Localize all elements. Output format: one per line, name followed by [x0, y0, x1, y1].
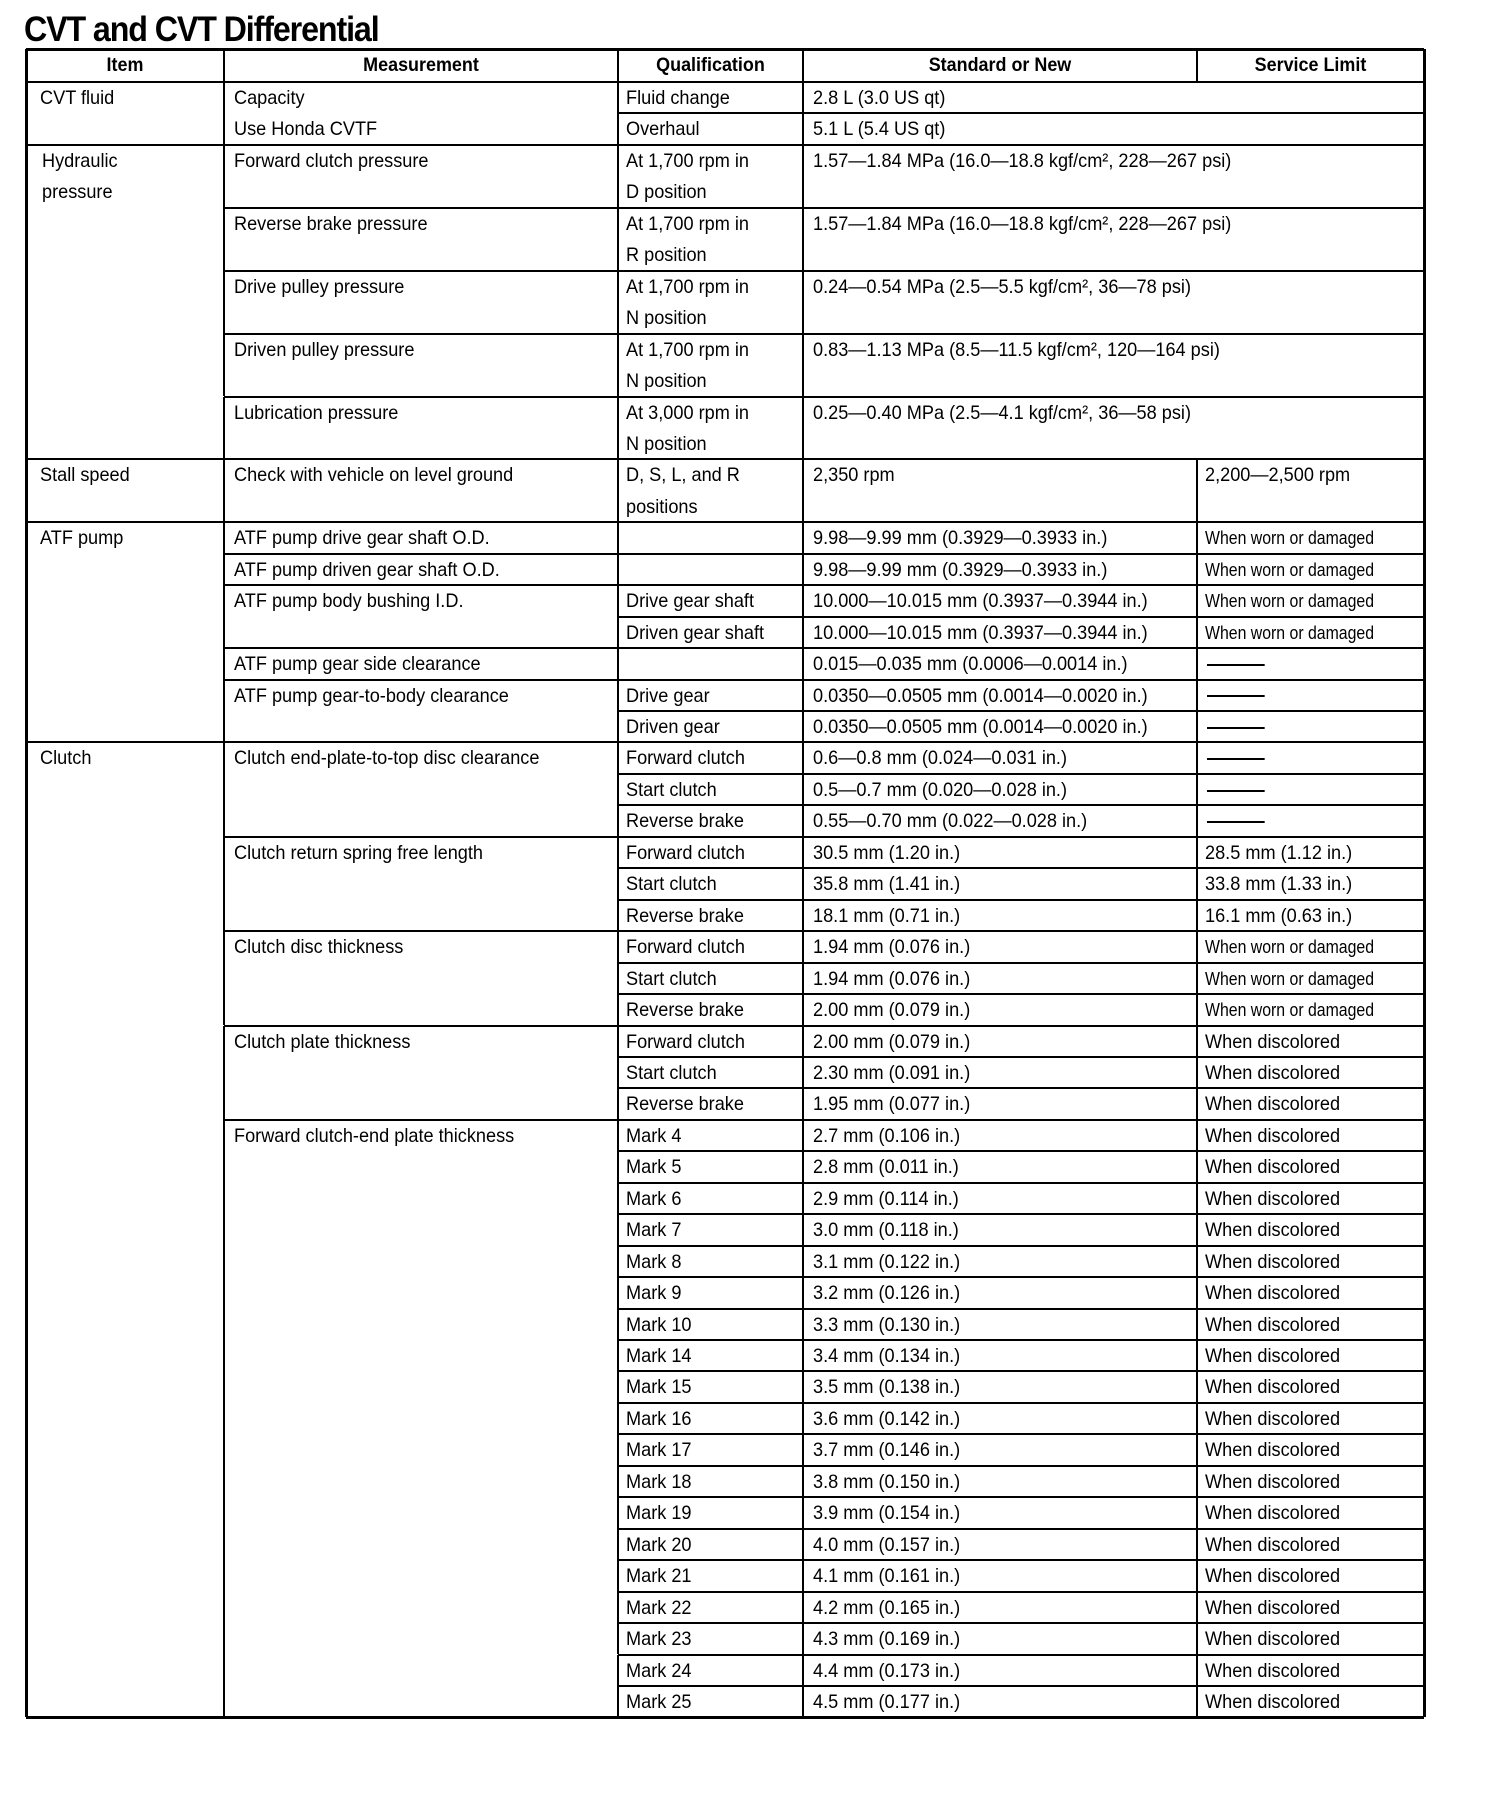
- column-divider: [617, 1026, 619, 1057]
- column-divider: [802, 1120, 804, 1151]
- standard-value: 0.0350—0.0505 mm (0.0014—0.0020 in.): [813, 681, 1148, 713]
- standard-value: 4.0 mm (0.157 in.): [813, 1530, 960, 1562]
- column-divider: [1196, 1371, 1198, 1402]
- service-limit: When worn or damaged: [1205, 523, 1374, 555]
- column-divider: [802, 208, 804, 271]
- qualification: Mark 22: [626, 1593, 692, 1625]
- service-limit: When discolored: [1205, 1027, 1340, 1059]
- column-divider: [802, 900, 804, 931]
- measurement-label: Capacity: [234, 83, 305, 115]
- service-limit: When discolored: [1205, 1310, 1340, 1342]
- service-limit: When discolored: [1205, 1372, 1340, 1404]
- service-limit: When discolored: [1205, 1341, 1340, 1373]
- service-limit: When worn or damaged: [1205, 555, 1374, 587]
- column-divider: [617, 868, 619, 899]
- column-divider: [617, 994, 619, 1025]
- column-divider: [802, 868, 804, 899]
- column-divider: [223, 1026, 225, 1120]
- column-divider: [802, 680, 804, 711]
- standard-value: 2.9 mm (0.114 in.): [813, 1184, 959, 1216]
- column-divider: [1196, 617, 1198, 648]
- column-divider: [802, 82, 804, 113]
- column-divider: [617, 617, 619, 648]
- measurement-label: Clutch end-plate-to-top disc clearance: [234, 743, 539, 775]
- item-label: Clutch: [40, 743, 91, 775]
- measurement-label: Clutch disc thickness: [234, 932, 403, 964]
- column-divider: [617, 1246, 619, 1277]
- column-divider: [802, 1655, 804, 1686]
- column-divider: [617, 522, 619, 553]
- column-divider: [1423, 49, 1426, 82]
- column-divider: [617, 397, 619, 460]
- row-divider: [26, 48, 1424, 51]
- column-divider: [802, 397, 804, 460]
- measurement-label: Clutch return spring free length: [234, 838, 483, 870]
- standard-value: 9.98—9.99 mm (0.3929—0.3933 in.): [813, 523, 1107, 555]
- row-divider: [26, 1716, 1424, 1719]
- column-divider: [802, 1371, 804, 1402]
- column-divider: [223, 49, 225, 82]
- column-divider: [1196, 1088, 1198, 1119]
- qualification: Mark 23: [626, 1624, 692, 1656]
- qualification: Forward clutch: [626, 838, 745, 870]
- column-divider: [1196, 459, 1198, 522]
- qualification: Mark 6: [626, 1184, 681, 1216]
- column-divider: [802, 271, 804, 334]
- measurement-label: Check with vehicle on level ground: [234, 460, 513, 492]
- column-divider: [25, 49, 28, 82]
- item-label: Hydraulic: [42, 146, 118, 178]
- standard-value: 3.2 mm (0.126 in.): [813, 1278, 960, 1310]
- item-label: Stall speed: [40, 460, 130, 492]
- column-divider: [223, 145, 225, 208]
- column-divider: [617, 1057, 619, 1088]
- service-limit: 33.8 mm (1.33 in.): [1205, 869, 1352, 901]
- column-divider: [617, 82, 619, 113]
- column-divider: [1196, 1120, 1198, 1151]
- qualification: Mark 18: [626, 1467, 692, 1499]
- column-divider: [802, 1057, 804, 1088]
- service-limit: When worn or damaged: [1205, 964, 1374, 996]
- column-divider: [802, 963, 804, 994]
- measurement-label: Drive pulley pressure: [234, 272, 404, 304]
- no-limit-dash: [1207, 681, 1265, 713]
- standard-value: 1.94 mm (0.076 in.): [813, 932, 970, 964]
- column-divider: [1196, 742, 1198, 773]
- column-divider: [802, 1686, 804, 1717]
- standard-value: 2,350 rpm: [813, 460, 895, 492]
- column-divider: [617, 145, 619, 208]
- column-divider: [1196, 680, 1198, 711]
- service-limit: When discolored: [1205, 1435, 1340, 1467]
- column-divider: [802, 1183, 804, 1214]
- service-limit: 16.1 mm (0.63 in.): [1205, 901, 1352, 933]
- service-limit: 2,200—2,500 rpm: [1205, 460, 1350, 492]
- qualification: Start clutch: [626, 869, 717, 901]
- standard-value: 3.9 mm (0.154 in.): [813, 1498, 960, 1530]
- spec-table: ItemMeasurementQualificationStandard or …: [0, 0, 1504, 1812]
- service-limit: 28.5 mm (1.12 in.): [1205, 838, 1352, 870]
- column-divider: [25, 742, 28, 1717]
- standard-value: 9.98—9.99 mm (0.3929—0.3933 in.): [813, 555, 1107, 587]
- measurement-label: Forward clutch-end plate thickness: [234, 1121, 514, 1153]
- column-divider: [1196, 1183, 1198, 1214]
- column-header-service-limit: Service Limit: [1206, 49, 1415, 81]
- service-limit: When worn or damaged: [1205, 618, 1374, 650]
- standard-value: 0.83—1.13 MPa (8.5—11.5 kgf/cm², 120—164…: [813, 335, 1220, 367]
- column-divider: [1196, 1309, 1198, 1340]
- column-divider: [802, 1309, 804, 1340]
- service-limit: When discolored: [1205, 1152, 1340, 1184]
- standard-value: 5.1 L (5.4 US qt): [813, 114, 945, 146]
- column-divider: [802, 837, 804, 868]
- column-divider: [617, 1214, 619, 1245]
- qualification: Reverse brake: [626, 901, 744, 933]
- column-divider: [223, 1120, 225, 1718]
- qualification: Mark 20: [626, 1530, 692, 1562]
- column-divider: [617, 1686, 619, 1717]
- measurement-label: Forward clutch pressure: [234, 146, 429, 178]
- column-divider: [617, 1403, 619, 1434]
- qualification-line2: N position: [626, 429, 707, 461]
- service-limit: When discolored: [1205, 1089, 1340, 1121]
- qualification: Driven gear: [626, 712, 720, 744]
- measurement-label: Lubrication pressure: [234, 398, 398, 430]
- standard-value: 2.8 L (3.0 US qt): [813, 83, 945, 115]
- qualification-line2: D position: [626, 177, 707, 209]
- qualification: Mark 17: [626, 1435, 692, 1467]
- column-divider: [223, 397, 225, 460]
- measurement-label: Reverse brake pressure: [234, 209, 428, 241]
- column-divider: [802, 1434, 804, 1465]
- column-divider: [1196, 1246, 1198, 1277]
- column-divider: [617, 1371, 619, 1402]
- qualification: Forward clutch: [626, 932, 745, 964]
- standard-value: 1.94 mm (0.076 in.): [813, 964, 970, 996]
- column-divider: [617, 900, 619, 931]
- standard-value: 0.55—0.70 mm (0.022—0.028 in.): [813, 806, 1087, 838]
- column-divider: [802, 1529, 804, 1560]
- column-divider: [617, 837, 619, 868]
- column-divider: [1423, 742, 1426, 1717]
- column-divider: [25, 82, 28, 145]
- column-divider: [617, 805, 619, 836]
- standard-value: 2.00 mm (0.079 in.): [813, 1027, 970, 1059]
- column-divider: [802, 145, 804, 208]
- measurement-label: ATF pump drive gear shaft O.D.: [234, 523, 490, 555]
- qualification: Start clutch: [626, 964, 717, 996]
- column-divider: [1196, 1592, 1198, 1623]
- standard-value: 3.5 mm (0.138 in.): [813, 1372, 960, 1404]
- column-divider: [223, 680, 225, 743]
- column-divider: [1423, 522, 1426, 742]
- standard-value: 3.6 mm (0.142 in.): [813, 1404, 960, 1436]
- service-limit: When discolored: [1205, 1624, 1340, 1656]
- measurement-label-line2: Use Honda CVTF: [234, 114, 377, 146]
- column-divider: [802, 522, 804, 553]
- column-divider: [802, 1560, 804, 1591]
- column-divider: [1196, 900, 1198, 931]
- service-limit: When worn or damaged: [1205, 995, 1374, 1027]
- column-divider: [1196, 1151, 1198, 1182]
- column-divider: [617, 1340, 619, 1371]
- column-divider: [802, 1340, 804, 1371]
- column-divider: [1196, 1623, 1198, 1654]
- qualification: Overhaul: [626, 114, 700, 146]
- column-header-standard-or-new: Standard or New: [819, 49, 1181, 81]
- column-divider: [802, 459, 804, 522]
- qualification: Mark 10: [626, 1310, 692, 1342]
- item-label-line2: pressure: [42, 177, 113, 209]
- column-divider: [617, 1560, 619, 1591]
- column-header-item: Item: [34, 49, 216, 81]
- standard-value: 1.57—1.84 MPa (16.0—18.8 kgf/cm², 228—26…: [813, 209, 1231, 241]
- column-divider: [802, 1497, 804, 1528]
- no-limit-dash: [1207, 743, 1265, 775]
- qualification: At 1,700 rpm in: [626, 146, 749, 178]
- qualification: At 3,000 rpm in: [626, 398, 749, 430]
- column-header-qualification: Qualification: [625, 49, 795, 81]
- column-divider: [1196, 49, 1198, 82]
- column-divider: [1423, 459, 1426, 522]
- qualification: Mark 9: [626, 1278, 681, 1310]
- measurement-label: Driven pulley pressure: [234, 335, 414, 367]
- column-divider: [617, 680, 619, 711]
- no-limit-dash: [1207, 649, 1265, 681]
- column-divider: [617, 459, 619, 522]
- column-divider: [1196, 1214, 1198, 1245]
- column-divider: [617, 113, 619, 144]
- standard-value: 0.24—0.54 MPa (2.5—5.5 kgf/cm², 36—78 ps…: [813, 272, 1191, 304]
- qualification: D, S, L, and R: [626, 460, 740, 492]
- qualification: Mark 25: [626, 1687, 692, 1719]
- column-divider: [617, 208, 619, 271]
- column-divider: [617, 1434, 619, 1465]
- column-divider: [802, 1403, 804, 1434]
- column-divider: [617, 1497, 619, 1528]
- column-divider: [1196, 994, 1198, 1025]
- column-divider: [617, 1277, 619, 1308]
- column-divider: [1196, 1529, 1198, 1560]
- column-divider: [617, 742, 619, 773]
- column-divider: [617, 1466, 619, 1497]
- service-limit: When discolored: [1205, 1278, 1340, 1310]
- column-divider: [802, 1088, 804, 1119]
- standard-value: 10.000—10.015 mm (0.3937—0.3944 in.): [813, 618, 1148, 650]
- qualification: At 1,700 rpm in: [626, 272, 749, 304]
- column-divider: [802, 113, 804, 144]
- column-divider: [1196, 554, 1198, 585]
- column-divider: [802, 1246, 804, 1277]
- column-divider: [617, 554, 619, 585]
- column-divider: [802, 1592, 804, 1623]
- column-divider: [802, 648, 804, 679]
- column-divider: [25, 459, 28, 522]
- column-divider: [617, 1309, 619, 1340]
- qualification: Mark 15: [626, 1372, 692, 1404]
- column-divider: [223, 208, 225, 271]
- column-divider: [1196, 805, 1198, 836]
- column-divider: [1196, 931, 1198, 962]
- qualification: Start clutch: [626, 775, 717, 807]
- qualification: Forward clutch: [626, 743, 745, 775]
- item-label: ATF pump: [40, 523, 123, 555]
- standard-value: 3.0 mm (0.118 in.): [813, 1215, 959, 1247]
- column-divider: [617, 1623, 619, 1654]
- column-divider: [802, 1214, 804, 1245]
- column-divider: [617, 334, 619, 397]
- standard-value: 3.7 mm (0.146 in.): [813, 1435, 960, 1467]
- no-limit-dash: [1207, 775, 1265, 807]
- column-divider: [802, 994, 804, 1025]
- standard-value: 0.5—0.7 mm (0.020—0.028 in.): [813, 775, 1067, 807]
- column-divider: [223, 585, 225, 648]
- standard-value: 2.8 mm (0.011 in.): [813, 1152, 959, 1184]
- column-divider: [802, 1623, 804, 1654]
- standard-value: 0.25—0.40 MPa (2.5—4.1 kgf/cm², 36—58 ps…: [813, 398, 1191, 430]
- service-limit: When discolored: [1205, 1404, 1340, 1436]
- column-divider: [617, 1183, 619, 1214]
- column-divider: [802, 1026, 804, 1057]
- column-divider: [1196, 1403, 1198, 1434]
- column-divider: [802, 49, 804, 82]
- column-divider: [25, 522, 28, 742]
- standard-value: 30.5 mm (1.20 in.): [813, 838, 960, 870]
- column-divider: [223, 459, 225, 522]
- column-divider: [617, 1120, 619, 1151]
- item-label: CVT fluid: [40, 83, 114, 115]
- column-divider: [1196, 1560, 1198, 1591]
- column-divider: [802, 711, 804, 742]
- qualification-line2: R position: [626, 240, 707, 272]
- column-divider: [617, 963, 619, 994]
- column-divider: [802, 805, 804, 836]
- column-divider: [1196, 837, 1198, 868]
- column-divider: [617, 1088, 619, 1119]
- column-divider: [802, 1466, 804, 1497]
- qualification: At 1,700 rpm in: [626, 209, 749, 241]
- column-divider: [1196, 648, 1198, 679]
- column-divider: [802, 617, 804, 648]
- column-divider: [223, 554, 225, 585]
- standard-value: 4.2 mm (0.165 in.): [813, 1593, 960, 1625]
- column-divider: [1196, 522, 1198, 553]
- measurement-label: Clutch plate thickness: [234, 1027, 410, 1059]
- standard-value: 35.8 mm (1.41 in.): [813, 869, 960, 901]
- qualification-line2: positions: [626, 492, 698, 524]
- column-divider: [1423, 145, 1426, 460]
- column-divider: [223, 931, 225, 1025]
- standard-value: 2.7 mm (0.106 in.): [813, 1121, 960, 1153]
- column-divider: [617, 1655, 619, 1686]
- column-divider: [1196, 1277, 1198, 1308]
- column-divider: [1196, 868, 1198, 899]
- column-divider: [802, 774, 804, 805]
- service-limit: When discolored: [1205, 1247, 1340, 1279]
- column-divider: [1196, 1466, 1198, 1497]
- column-divider: [617, 1592, 619, 1623]
- qualification: Mark 4: [626, 1121, 681, 1153]
- column-divider: [617, 648, 619, 679]
- service-limit: When discolored: [1205, 1215, 1340, 1247]
- standard-value: 2.30 mm (0.091 in.): [813, 1058, 970, 1090]
- column-divider: [223, 82, 225, 145]
- standard-value: 2.00 mm (0.079 in.): [813, 995, 970, 1027]
- column-divider: [617, 931, 619, 962]
- qualification: Mark 7: [626, 1215, 681, 1247]
- service-limit: When worn or damaged: [1205, 586, 1374, 618]
- column-divider: [802, 554, 804, 585]
- column-divider: [1196, 1686, 1198, 1717]
- standard-value: 4.1 mm (0.161 in.): [813, 1561, 960, 1593]
- column-divider: [1196, 585, 1198, 616]
- no-limit-dash: [1207, 712, 1265, 744]
- column-divider: [223, 742, 225, 836]
- column-divider: [1196, 774, 1198, 805]
- service-limit: When discolored: [1205, 1687, 1340, 1719]
- column-divider: [223, 334, 225, 397]
- service-limit: When discolored: [1205, 1593, 1340, 1625]
- column-divider: [617, 49, 619, 82]
- service-limit: When discolored: [1205, 1184, 1340, 1216]
- column-divider: [1196, 1057, 1198, 1088]
- standard-value: 0.015—0.035 mm (0.0006—0.0014 in.): [813, 649, 1128, 681]
- column-divider: [1196, 1340, 1198, 1371]
- service-limit: When worn or damaged: [1205, 932, 1374, 964]
- column-divider: [802, 585, 804, 616]
- no-limit-dash: [1207, 806, 1265, 838]
- column-divider: [1196, 711, 1198, 742]
- qualification: Start clutch: [626, 1058, 717, 1090]
- column-divider: [1423, 82, 1426, 145]
- qualification: Reverse brake: [626, 806, 744, 838]
- measurement-label: ATF pump body bushing I.D.: [234, 586, 463, 618]
- qualification: Mark 5: [626, 1152, 681, 1184]
- qualification-line2: N position: [626, 366, 707, 398]
- standard-value: 3.8 mm (0.150 in.): [813, 1467, 960, 1499]
- column-divider: [617, 711, 619, 742]
- column-divider: [1196, 1434, 1198, 1465]
- standard-value: 4.5 mm (0.177 in.): [813, 1687, 960, 1719]
- measurement-label: ATF pump driven gear shaft O.D.: [234, 555, 500, 587]
- qualification-line2: N position: [626, 303, 707, 335]
- service-limit: When discolored: [1205, 1121, 1340, 1153]
- standard-value: 4.3 mm (0.169 in.): [813, 1624, 960, 1656]
- service-limit: When discolored: [1205, 1498, 1340, 1530]
- column-divider: [802, 742, 804, 773]
- service-limit: When discolored: [1205, 1561, 1340, 1593]
- column-divider: [223, 271, 225, 334]
- standard-value: 3.4 mm (0.134 in.): [813, 1341, 960, 1373]
- column-divider: [25, 145, 28, 460]
- column-divider: [802, 1151, 804, 1182]
- standard-value: 3.1 mm (0.122 in.): [813, 1247, 960, 1279]
- measurement-label: ATF pump gear-to-body clearance: [234, 681, 509, 713]
- standard-value: 0.6—0.8 mm (0.024—0.031 in.): [813, 743, 1067, 775]
- column-divider: [617, 1529, 619, 1560]
- qualification: Drive gear shaft: [626, 586, 754, 618]
- qualification: Fluid change: [626, 83, 730, 115]
- column-divider: [802, 931, 804, 962]
- qualification: Driven gear shaft: [626, 618, 764, 650]
- column-divider: [617, 774, 619, 805]
- service-limit: When discolored: [1205, 1530, 1340, 1562]
- column-divider: [223, 522, 225, 553]
- service-limit: When discolored: [1205, 1656, 1340, 1688]
- column-divider: [617, 1151, 619, 1182]
- qualification: Forward clutch: [626, 1027, 745, 1059]
- column-divider: [1196, 1026, 1198, 1057]
